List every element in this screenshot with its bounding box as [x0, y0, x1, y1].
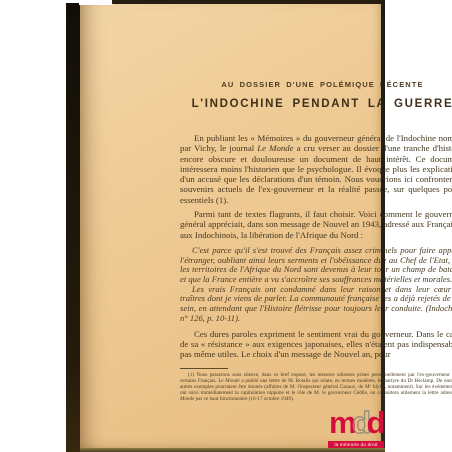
page-corner-notch — [79, 0, 113, 5]
logo-letter-d-red: d — [367, 405, 381, 440]
journal-name: Le Monde — [257, 143, 293, 153]
footnote: (1) Nous passerons sous silence, dans ce… — [180, 373, 452, 402]
paragraph-context: Parmi tant de textes flagrants, il faut … — [180, 209, 452, 240]
footnote-journal-name-2: Monde — [180, 396, 194, 402]
logo-letter-d-outline: d — [352, 405, 366, 440]
page-title: L'INDOCHINE PENDANT LA GUERRE — [180, 98, 452, 110]
section-kicker: AU DOSSIER D'UNE POLÉMIQUE RÉCENTE — [180, 80, 452, 89]
memoire-du-droit-logo: mdd la mémoire du droit — [328, 407, 386, 450]
paragraph-intro: En publiant les « Mémoires » du gouverne… — [180, 133, 452, 205]
paragraph-commentary: Ces dures paroles expriment le sentiment… — [180, 329, 452, 360]
logo-tagline: la mémoire du droit — [328, 441, 384, 448]
mdd-logo-letters: mdd — [329, 407, 381, 438]
page-top-edge-shadow — [112, 0, 382, 4]
book-gutter-shadow — [66, 3, 80, 452]
page-text-block: AU DOSSIER D'UNE POLÉMIQUE RÉCENTE L'IND… — [180, 80, 452, 402]
page-edge — [381, 0, 385, 452]
quote-paragraph-2: Les vrais Français ont condamné dans leu… — [180, 285, 452, 324]
logo-letter-m: m — [329, 405, 352, 440]
quote-paragraph-1: C'est parce qu'il s'est trouvé des Franç… — [180, 246, 452, 285]
block-quote: C'est parce qu'il s'est trouvé des Franç… — [180, 246, 452, 324]
book-page: AU DOSSIER D'UNE POLÉMIQUE RÉCENTE L'IND… — [80, 0, 381, 452]
footnote-rule — [180, 368, 228, 369]
footnote-text-end: par ce haut fonctionnaire (16-17 octobre… — [194, 396, 294, 402]
